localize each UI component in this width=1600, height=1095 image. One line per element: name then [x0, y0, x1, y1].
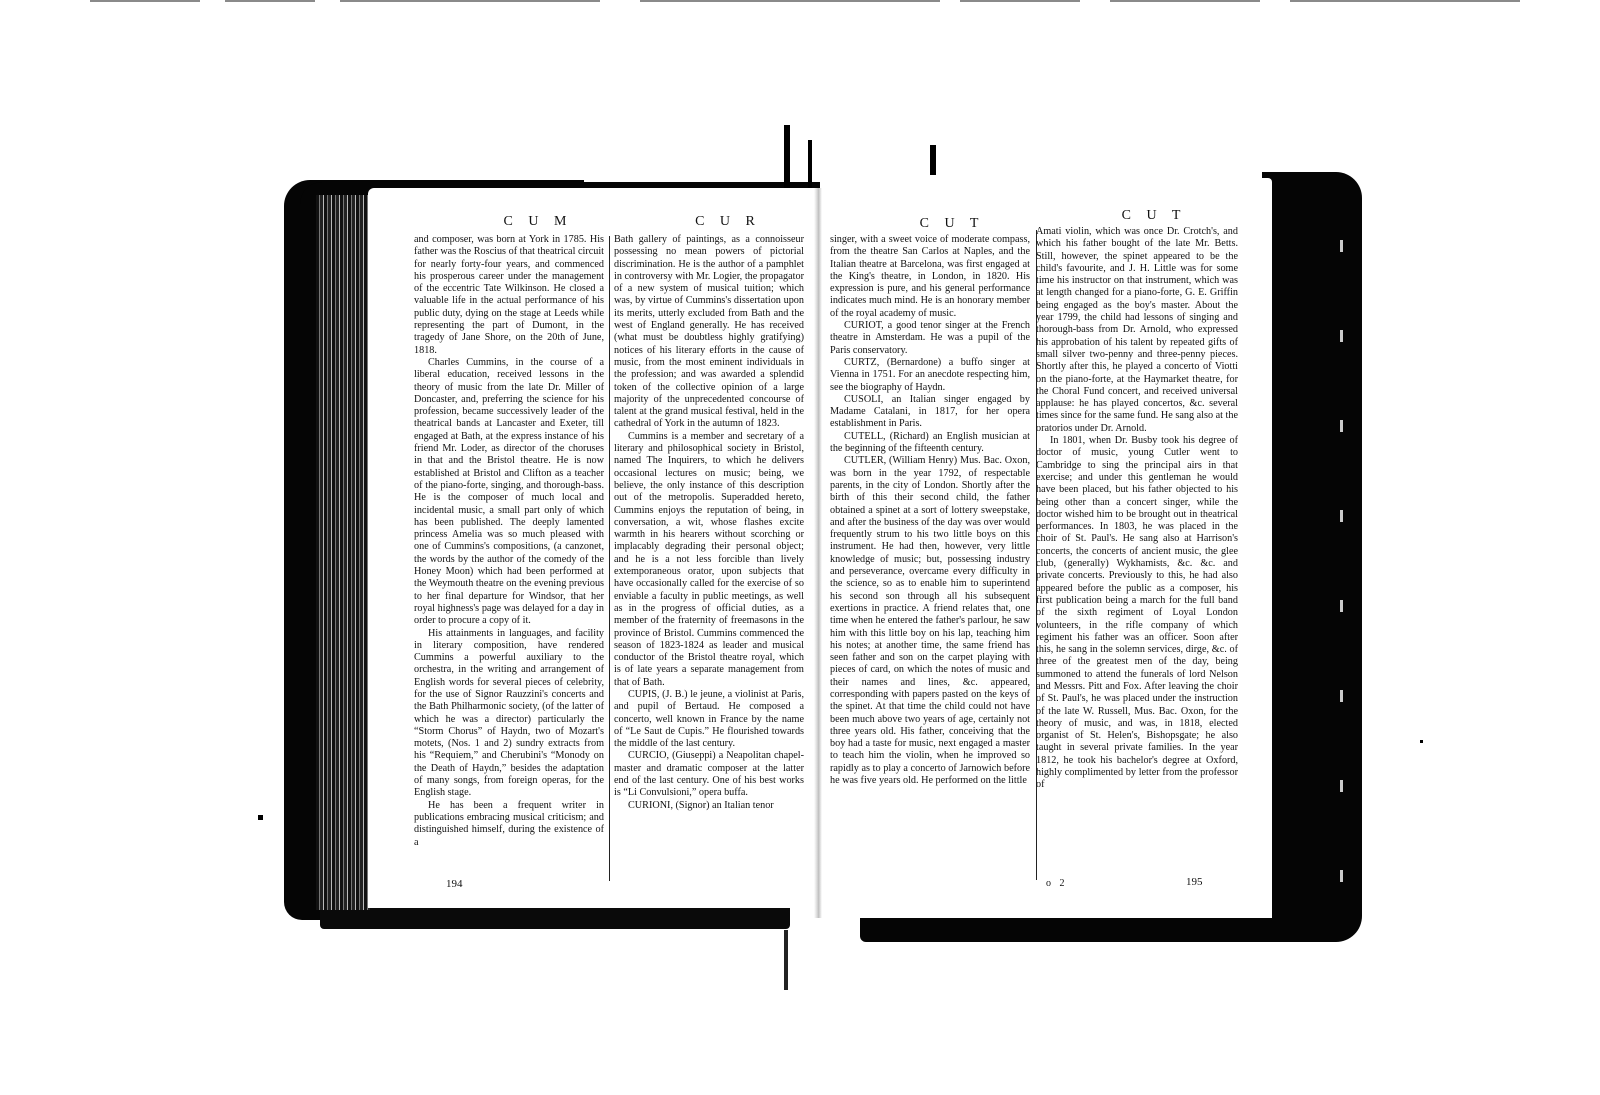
paragraph: CURIOT, a good tenor singer at the Frenc… [830, 320, 1030, 357]
running-head-right-col1: C U T [892, 216, 1012, 232]
scan-artifact [340, 0, 600, 2]
paragraph: He has been a frequent writer in publica… [414, 800, 604, 849]
scan-artifact [960, 0, 1080, 2]
paragraph: In 1801, when Dr. Busby took his degree … [1036, 435, 1238, 792]
book-gutter [814, 188, 822, 918]
page-number: 194 [446, 878, 463, 890]
scan-artifact [640, 0, 940, 2]
page-number: 195 [1186, 876, 1203, 888]
paragraph: and composer, was born at York in 1785. … [414, 234, 604, 357]
book-cover-right-bottom-edge [860, 918, 1310, 942]
scan-artifact [225, 0, 315, 2]
left-page: C U M C U R and composer, was born at Yo… [368, 188, 815, 908]
left-page-column-1: and composer, was born at York in 1785. … [414, 234, 604, 849]
right-page: C U T C U T singer, with a sweet voice o… [822, 178, 1272, 918]
book-cover-left-bottom-edge [320, 905, 790, 929]
running-head-left-col2: C U R [668, 214, 788, 230]
paragraph: CURTZ, (Bernardone) a buffo singer at Vi… [830, 357, 1030, 394]
cover-wear-marks [1340, 200, 1343, 920]
page-block-edges [316, 195, 370, 910]
scan-speck [1420, 740, 1423, 743]
spine-mark [784, 125, 790, 195]
paragraph: CURIONI, (Signor) an Italian tenor [614, 800, 804, 812]
paragraph: Charles Cummins, in the course of a libe… [414, 357, 604, 628]
paragraph: His attainments in languages, and facili… [414, 628, 604, 800]
column-rule [609, 236, 610, 881]
scan-artifact [90, 0, 200, 2]
paragraph: Amati violin, which was once Dr. Crotch'… [1036, 226, 1238, 435]
scan-speck [930, 145, 936, 175]
scan-artifact [1290, 0, 1520, 2]
paragraph: Cummins is a member and secretary of a l… [614, 431, 804, 689]
left-page-column-2: Bath gallery of paintings, as a connoiss… [614, 234, 804, 812]
paragraph: CURCIO, (Giuseppi) a Neapolitan chapel-m… [614, 750, 804, 799]
signature-mark: o 2 [1046, 878, 1068, 889]
paragraph: CUSOLI, an Italian singer engaged by Mad… [830, 394, 1030, 431]
paragraph: CUTELL, (Richard) an English musician at… [830, 431, 1030, 456]
paragraph: Bath gallery of paintings, as a connoiss… [614, 234, 804, 431]
paragraph: CUTLER, (William Henry) Mus. Bac. Oxon, … [830, 455, 1030, 787]
running-head-right-col2: C U T [1094, 208, 1214, 224]
paragraph: singer, with a sweet voice of moderate c… [830, 234, 1030, 320]
right-page-column-2: Amati violin, which was once Dr. Crotch'… [1036, 226, 1238, 792]
spine-mark [808, 140, 812, 190]
scan-speck [258, 815, 263, 820]
spine-mark [784, 930, 788, 990]
book-cover-right [1262, 172, 1362, 942]
scan-artifact [1110, 0, 1260, 2]
paragraph: CUPIS, (J. B.) le jeune, a violinist at … [614, 689, 804, 750]
right-page-column-1: singer, with a sweet voice of moderate c… [830, 234, 1030, 787]
running-head-left-col1: C U M [478, 214, 598, 230]
